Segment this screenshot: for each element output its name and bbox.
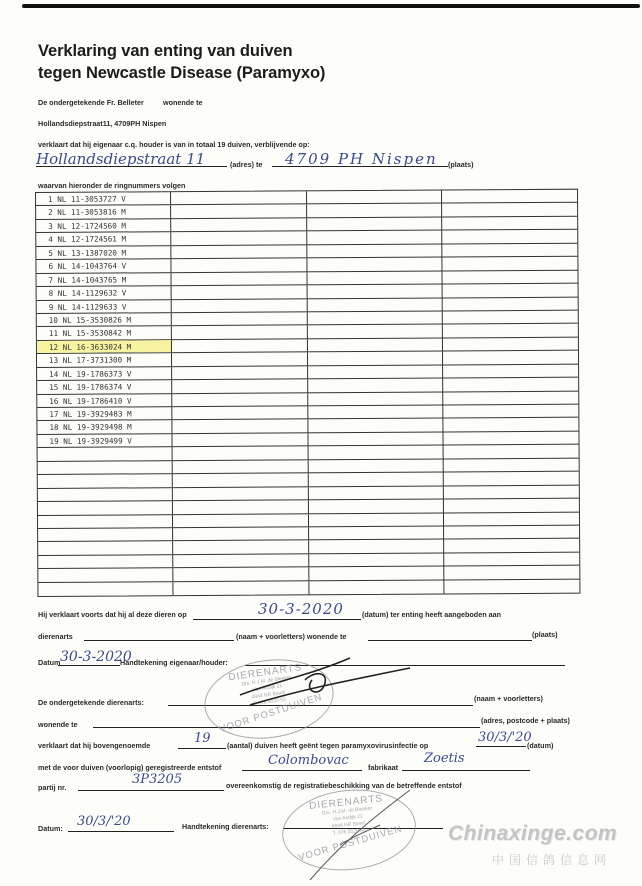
final-date-label: Datum: — [38, 824, 63, 833]
manufacturer: Zoetis — [424, 751, 465, 766]
table-cell — [444, 418, 579, 431]
table-cell — [308, 459, 444, 472]
vaccine-prefix: met de voor duiven (voorlopig) geregistr… — [38, 763, 221, 772]
table-cell — [171, 205, 307, 218]
final-date-underline — [68, 831, 174, 832]
table-cell — [442, 203, 577, 216]
table-cell — [307, 271, 443, 284]
scan-top-edge — [22, 4, 640, 8]
vaccination-date-underline — [476, 746, 526, 747]
table-cell — [444, 512, 579, 525]
table-cell — [309, 526, 445, 539]
ring-number-cell — [38, 515, 173, 528]
table-cell — [444, 485, 579, 498]
count-underline — [178, 748, 226, 749]
owner-address: Hollandsdiepstraat11, 4709PH Nispen — [38, 119, 166, 128]
place-underline — [272, 166, 448, 167]
ring-number-cell — [38, 555, 173, 568]
table-cell — [172, 299, 308, 312]
ring-number-cell: 2 NL 11-3053816 M — [36, 206, 171, 219]
vet-residence-label: wonende te — [38, 720, 78, 729]
count-prefix: verklaart dat hij bovengenoemde — [38, 741, 150, 750]
manufacturer-label: fabrikaat — [368, 763, 398, 772]
manufacturer-underline — [402, 770, 530, 771]
table-cell — [443, 311, 578, 324]
table-cell — [444, 499, 579, 512]
table-cell — [172, 312, 308, 325]
ring-number-table: 1 NL 11-3053727 V2 NL 11-3053816 M3 NL 1… — [35, 189, 580, 597]
table-cell — [173, 500, 309, 513]
table-cell — [172, 326, 308, 339]
ring-number-cell: 9 NL 14-1129633 V — [37, 300, 172, 313]
ring-number-cell: 17 NL 19-3929483 M — [37, 407, 172, 420]
table-cell — [444, 391, 579, 404]
table-cell — [307, 285, 443, 298]
watermark-site: Chinaxinge.com — [448, 822, 617, 846]
table-cell — [445, 579, 580, 593]
table-cell — [173, 541, 309, 554]
table-cell — [172, 433, 308, 446]
date-offered: 30-3-2020 — [258, 600, 344, 618]
vet-signature-label: Handtekening dierenarts: — [182, 822, 269, 831]
count-suffix: (aantal) duiven heeft geënt tegen paramy… — [227, 741, 428, 750]
ring-number-cell — [38, 447, 173, 460]
ring-number-cell — [38, 501, 173, 514]
ring-number-cell — [38, 568, 173, 581]
owner-decl-line1-suffix: (datum) ter enting heeft aangeboden aan — [362, 610, 501, 619]
ring-number-cell — [38, 474, 173, 487]
owner-line: De ondergetekende Fr. Belleter — [38, 98, 144, 107]
table-cell — [309, 513, 445, 526]
place-label: (plaats) — [448, 160, 474, 169]
table-cell — [172, 339, 308, 352]
date-signed-underline — [58, 665, 120, 666]
table-cell — [443, 230, 578, 243]
table-cell — [307, 244, 443, 257]
ring-number-cell: 5 NL 13-1387020 M — [36, 246, 171, 259]
table-cell — [443, 217, 578, 230]
table-cell — [444, 458, 579, 471]
vaccination-date: 30/3/'20 — [478, 730, 532, 745]
table-cell — [307, 311, 443, 324]
table-cell — [173, 487, 309, 500]
ring-number-cell: 15 NL 19-1786374 V — [37, 380, 172, 393]
table-cell — [444, 539, 579, 552]
vet-place-underline — [368, 640, 532, 641]
table-cell — [172, 379, 308, 392]
table-cell — [171, 259, 307, 272]
vet-name-label: (naam + voorletters) wonende te — [236, 632, 346, 641]
table-cell — [308, 446, 444, 459]
ring-number-cell: 13 NL 17-3731300 M — [37, 353, 172, 366]
table-cell — [308, 338, 444, 351]
table-cell — [173, 581, 309, 595]
table-cell — [443, 351, 578, 364]
table-cell — [307, 204, 443, 217]
owner-signature — [220, 650, 440, 710]
table-cell — [443, 337, 578, 350]
table-cell — [173, 568, 309, 581]
ring-number-cell: 3 NL 12-1724560 M — [36, 219, 171, 232]
ring-number-cell — [38, 542, 173, 555]
table-cell — [307, 231, 443, 244]
table-cell — [307, 325, 443, 338]
table-cell — [309, 553, 445, 566]
owner-signature-label: Handtekening eigenaar/houder: — [120, 658, 228, 667]
address-label: (adres) te — [230, 160, 262, 169]
table-cell — [445, 566, 580, 579]
batch-underline — [78, 790, 224, 791]
table-cell — [444, 432, 579, 445]
ring-number-cell — [38, 488, 173, 501]
table-cell — [309, 580, 445, 594]
scan-specks: · · · — [28, 18, 51, 24]
date-offered-underline — [193, 619, 361, 620]
table-cell — [173, 514, 309, 527]
vet-signature — [300, 785, 420, 885]
ring-number-cell: 6 NL 14-1043764 V — [36, 259, 171, 272]
table-cell — [444, 445, 579, 458]
table-cell — [308, 392, 444, 405]
table-cell — [171, 272, 307, 285]
table-cell — [307, 191, 443, 204]
ring-number-cell — [38, 461, 173, 474]
table-row — [38, 579, 579, 596]
vet-label: dierenarts — [38, 632, 73, 641]
owner-residence-label: wonende te — [163, 98, 203, 107]
table-cell — [171, 191, 307, 204]
count-value: 19 — [194, 731, 211, 746]
document-title-line2: tegen Newcastle Disease (Paramyxo) — [38, 64, 325, 83]
vaccine-name: Colombovac — [268, 753, 349, 768]
document-title-line1: Verklaring van enting van duiven — [38, 42, 292, 61]
ring-number-cell — [38, 528, 173, 541]
ring-intro: waarvan hieronder de ringnummers volgen — [38, 181, 185, 190]
ring-number-cell: 12 NL 16-3633024 M — [37, 340, 172, 353]
ring-number-cell: 14 NL 19-1786373 V — [37, 367, 172, 380]
table-cell — [309, 540, 445, 553]
table-cell — [173, 527, 309, 540]
vet-undersigned-label: De ondergetekende dierenarts: — [38, 698, 144, 707]
table-cell — [444, 472, 579, 485]
table-cell — [172, 393, 308, 406]
ring-number-cell: 7 NL 14-1043765 M — [36, 273, 171, 286]
ring-number-cell: 11 NL 15-3530842 M — [37, 327, 172, 340]
table-cell — [307, 258, 443, 271]
table-cell — [308, 352, 444, 365]
vaccine-underline — [242, 770, 362, 771]
declaration-line: verklaart dat hij eigenaar c.q. houder i… — [38, 140, 310, 149]
table-cell — [308, 432, 444, 445]
table-cell — [308, 486, 444, 499]
table-cell — [443, 297, 578, 310]
table-cell — [308, 365, 444, 378]
table-cell — [443, 284, 578, 297]
table-cell — [173, 447, 309, 460]
ring-number-cell: 19 NL 19-3929499 V — [37, 434, 172, 447]
table-cell — [443, 243, 578, 256]
table-cell — [443, 378, 578, 391]
table-cell — [173, 474, 309, 487]
watermark-site-cn: 中国信鸽信息网 — [492, 851, 611, 868]
ring-number-cell: 10 NL 15-3530826 M — [37, 313, 172, 326]
vet-name-underline — [84, 640, 234, 641]
table-cell — [443, 324, 578, 337]
batch-number: 3P3205 — [132, 772, 182, 787]
table-cell — [171, 245, 307, 258]
final-date: 30/3/'20 — [77, 814, 131, 829]
table-cell — [308, 379, 444, 392]
table-cell — [172, 406, 308, 419]
table-cell — [172, 420, 308, 433]
vet-name-label2: (naam + voorletters) — [474, 694, 543, 703]
table-cell — [309, 567, 445, 580]
table-cell — [443, 364, 578, 377]
table-cell — [442, 190, 577, 203]
table-cell — [172, 366, 308, 379]
table-cell — [444, 526, 579, 539]
table-cell — [171, 218, 307, 231]
table-cell — [307, 298, 443, 311]
table-cell — [308, 419, 444, 432]
table-cell — [173, 554, 309, 567]
table-cell — [308, 473, 444, 486]
table-cell — [309, 500, 445, 513]
table-cell — [443, 257, 578, 270]
table-cell — [443, 270, 578, 283]
owner-decl-line1-prefix: Hij verklaart voorts dat hij al deze die… — [38, 610, 187, 619]
address-underline — [36, 166, 227, 167]
ring-number-cell: 8 NL 14-1129632 V — [37, 286, 172, 299]
table-cell — [173, 460, 309, 473]
vaccination-date-label: (datum) — [527, 741, 553, 750]
table-cell — [307, 217, 443, 230]
vet-place-label: (plaats) — [532, 630, 558, 639]
batch-label: partij nr. — [38, 783, 66, 792]
ring-number-cell — [38, 582, 173, 596]
table-cell — [308, 406, 444, 419]
table-cell — [445, 552, 580, 565]
ring-number-cell: 4 NL 12-1724561 M — [36, 232, 171, 245]
ring-number-cell: 18 NL 19-3929498 M — [37, 421, 172, 434]
table-cell — [444, 405, 579, 418]
ring-number-cell: 16 NL 19-1786410 V — [37, 394, 172, 407]
vet-address-label: (adres, postcode + plaats) — [481, 716, 570, 725]
ring-number-cell: 1 NL 11-3053727 V — [36, 192, 171, 205]
table-cell — [171, 232, 307, 245]
table-cell — [172, 353, 308, 366]
table-cell — [172, 285, 308, 298]
